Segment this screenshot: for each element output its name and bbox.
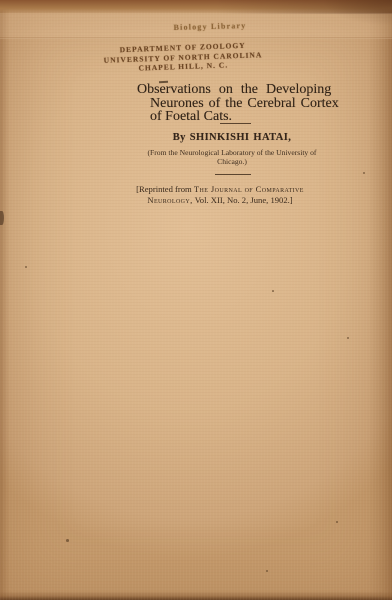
affiliation: (From the Neurological Laboratory of the… <box>112 149 352 167</box>
article-title: Observations on the Developing Neurones … <box>137 83 351 124</box>
title-line: of Foetal Cats. <box>150 110 351 124</box>
foxing-speck <box>266 570 268 572</box>
reprint-notice: [Reprinted from The Journal of Comparati… <box>100 184 340 205</box>
foxing-speck <box>336 521 338 523</box>
reprint-prefix: [Reprinted from <box>136 184 194 194</box>
department-stamp: DEPARTMENT OF ZOOLOGY UNIVERSITY OF NORT… <box>88 40 279 75</box>
foxing-speck <box>272 290 274 292</box>
divider-rule <box>220 123 251 124</box>
foxing-speck <box>347 337 349 339</box>
reprint-line: Neurology, Vol. XII, No. 2, June, 1902.] <box>100 195 340 206</box>
journal-name: The Journal of Comparative <box>194 184 304 194</box>
foxing-speck <box>25 266 27 268</box>
edge-blemish <box>0 211 4 225</box>
title-line: Observations on the Developing <box>137 83 351 97</box>
affiliation-line: Chicago.) <box>112 158 352 167</box>
scanned-paper-cover: Biology Library DEPARTMENT OF ZOOLOGY UN… <box>0 0 392 600</box>
foxing-speck <box>363 172 365 174</box>
author-byline: By SHINKISHI HATAI, <box>112 132 352 143</box>
foxing-speck <box>66 539 69 542</box>
reprint-citation: Vol. XII, No. 2, June, 1902.] <box>193 195 293 205</box>
reprint-line: [Reprinted from The Journal of Comparati… <box>100 184 340 195</box>
horizontal-crease <box>0 37 392 39</box>
title-line: Neurones of the Cerebral Cortex <box>150 97 351 111</box>
journal-name: Neurology, <box>147 195 192 205</box>
divider-rule <box>215 174 251 175</box>
